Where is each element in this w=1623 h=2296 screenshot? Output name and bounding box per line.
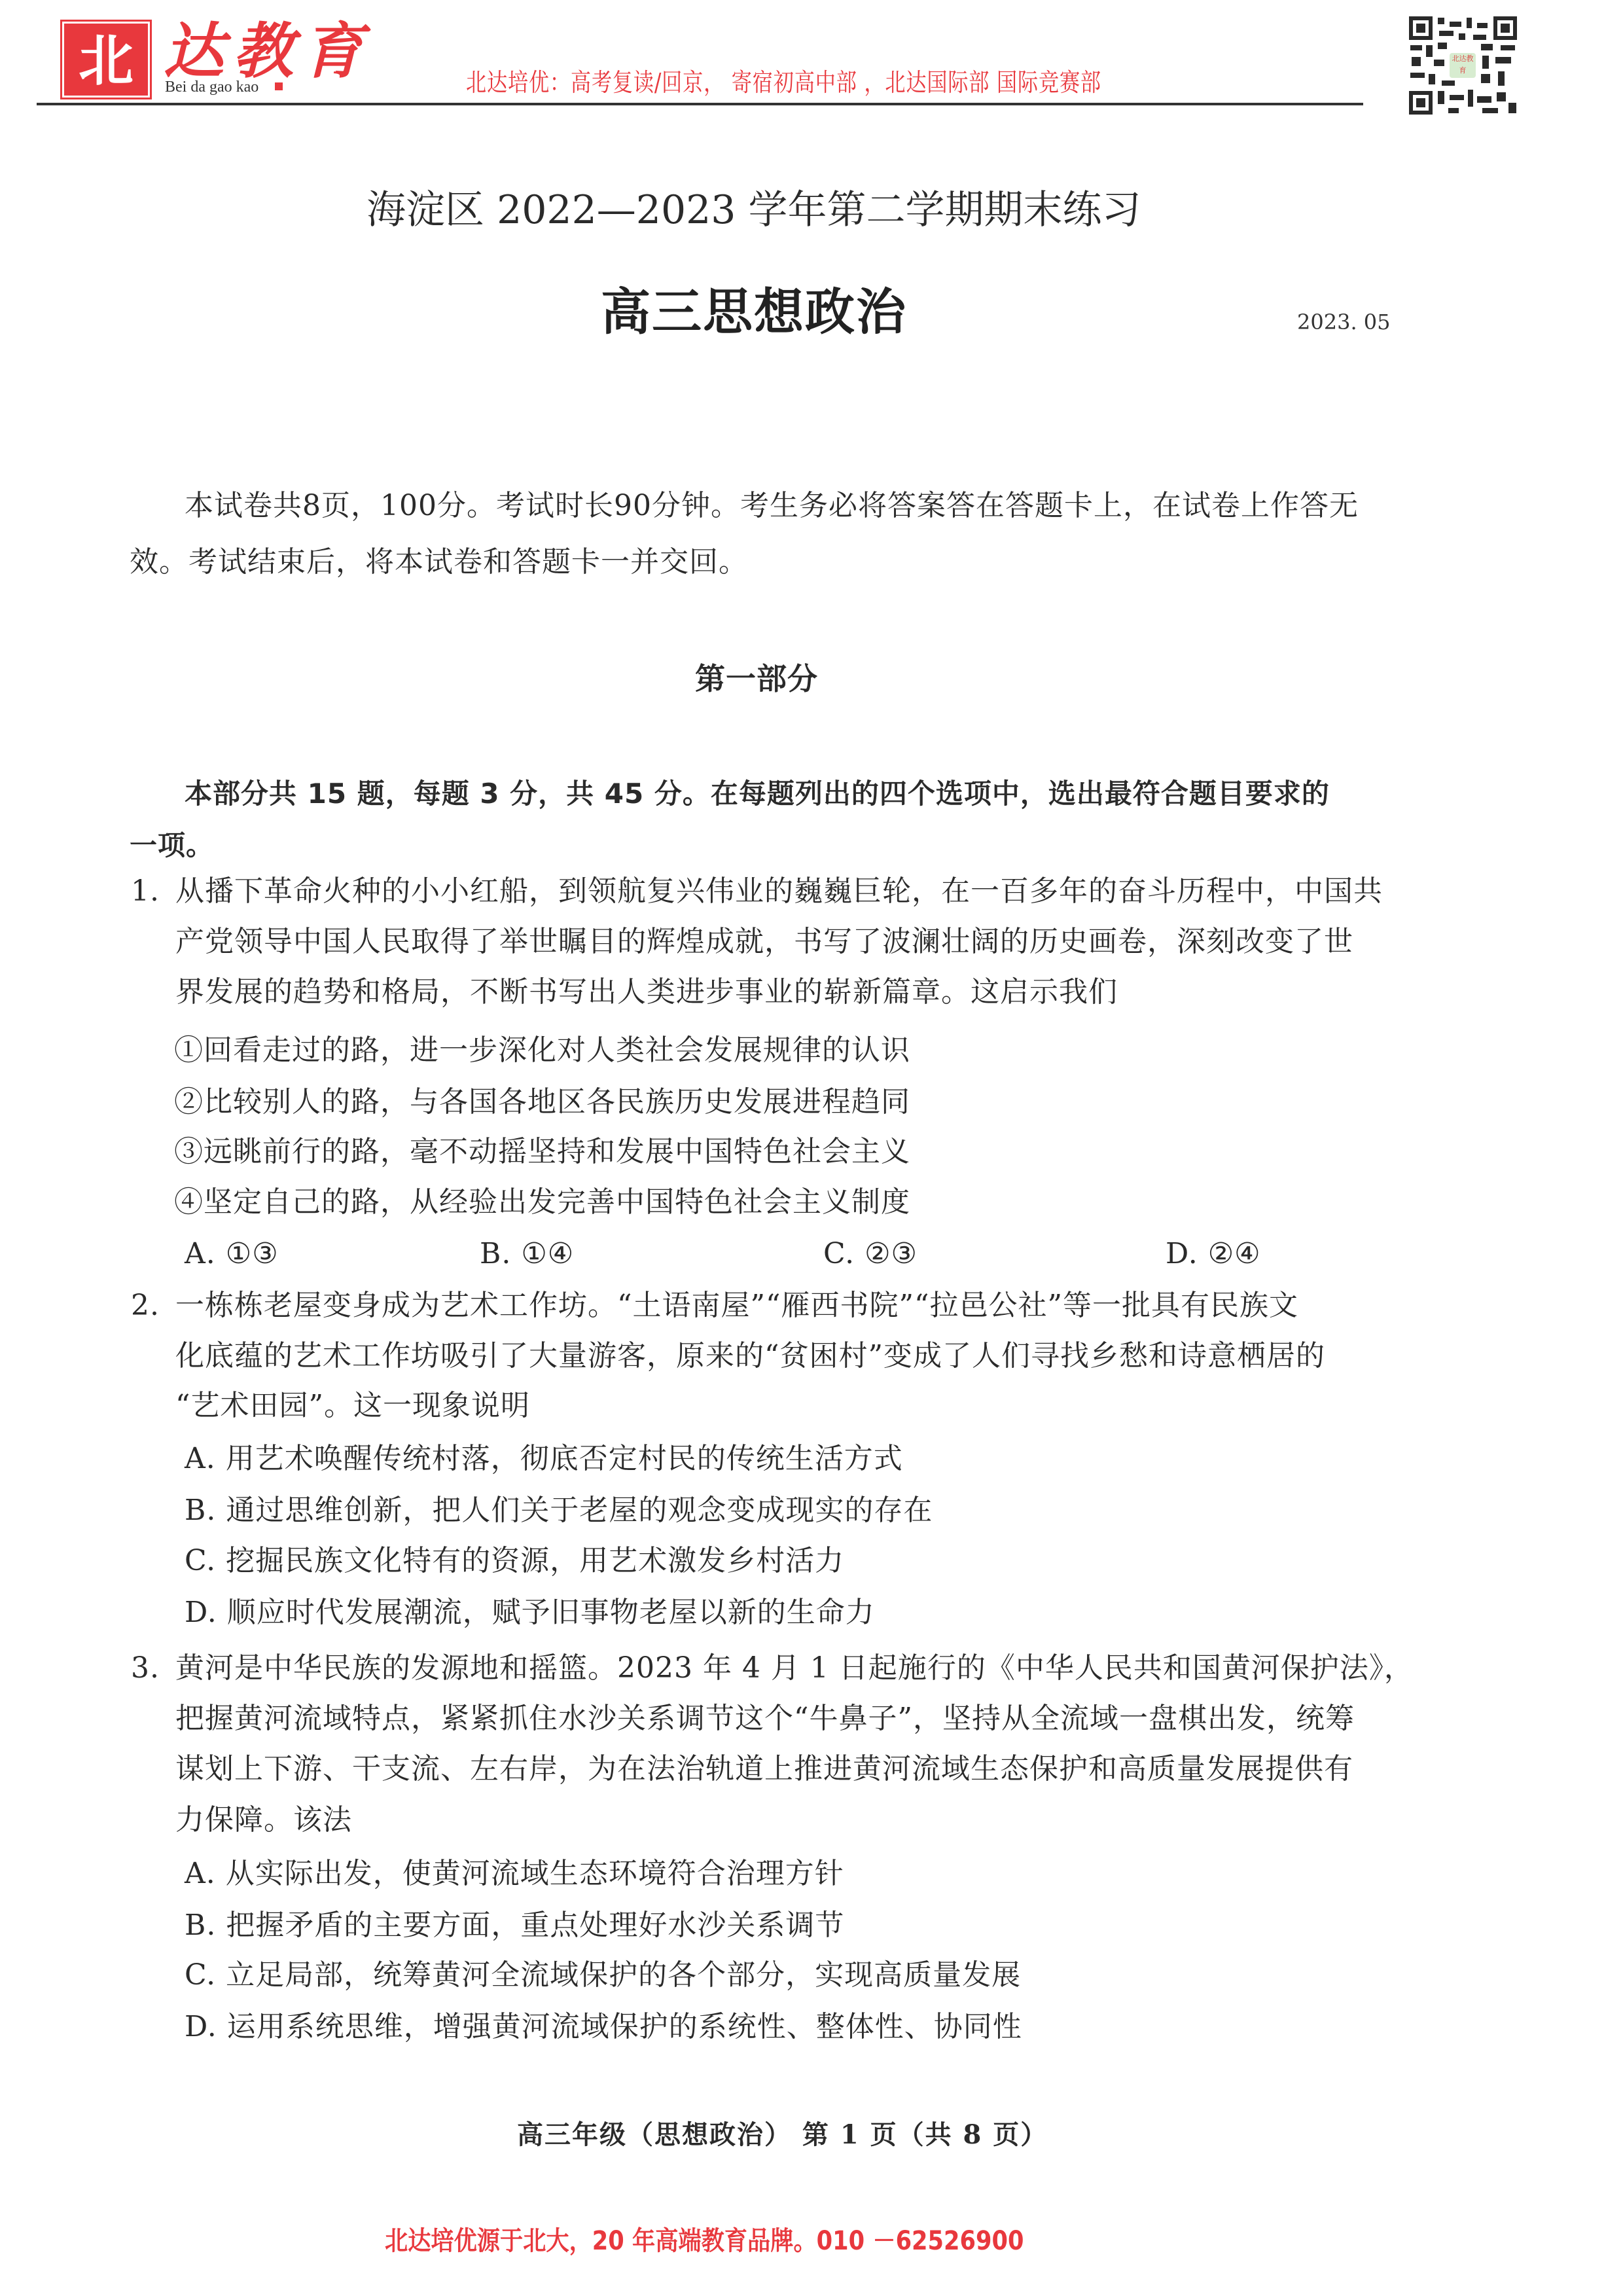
question-stem-line: 谋划上下游、干支流、左右岸，为在法治轨道上推进黄河流域生态保护和高质量发展提供有: [175, 1753, 1353, 1785]
intro-line-1: 本试卷共8页，100分。考试时长90分钟。考生务必将答案答在答题卡上，在试卷上作…: [185, 490, 1359, 522]
question-stem-line: 把握黄河流域特点，紧紧抓住水沙关系调节这个“牛鼻子”，坚持从全流域一盘棋出发，统…: [175, 1702, 1355, 1735]
option-label: C.: [185, 1958, 216, 1992]
option-label: B.: [480, 1237, 511, 1270]
question-stem-line: 一栋栋老屋变身成为艺术工作坊。“土语南屋”“雁西书院”“拉邑公社”等一批具有民族…: [175, 1289, 1298, 1322]
question-stem-line: “艺术田园”。这一现象说明: [175, 1390, 530, 1422]
exam-title: 高三思想政治: [601, 283, 907, 342]
logo-subtitle: Bei da gao kao: [165, 79, 259, 96]
option-d[interactable]: D. 顺应时代发展潮流，赋予旧事物老屋以新的生命力: [185, 1596, 875, 1629]
option-label: A.: [185, 1442, 216, 1475]
header-divider: [37, 103, 1363, 105]
logo-seal: 北: [64, 24, 148, 96]
header-slogan: 北达培优：高考复读/回京， 寄宿初高中部 ，北达国际部 国际竞赛部: [466, 65, 1101, 99]
qr-logo-badge: 北达教育: [1450, 53, 1476, 78]
option-d[interactable]: D. 运用系统思维，增强黄河流域保护的系统性、整体性、协同性: [185, 2011, 1022, 2043]
question-stem-line: 黄河是中华民族的发源地和摇篮。2023 年 4 月 1 日起施行的《中华人民共和…: [175, 1652, 1414, 1685]
qr-code-icon: 北达教育: [1409, 16, 1517, 115]
option-b[interactable]: B. 通过思维创新，把人们关于老屋的观念变成现实的存在: [185, 1494, 933, 1527]
option-a[interactable]: A. 用艺术唤醒传统村落，彻底否定村民的传统生活方式: [185, 1443, 903, 1475]
question-item: ②比较别人的路，与各国各地区各民族历史发展进程趋同: [174, 1086, 910, 1119]
option-label: D.: [1166, 1237, 1198, 1270]
question-number: 3.: [131, 1652, 160, 1685]
section-heading: 第一部分: [695, 662, 818, 695]
option-label: C.: [823, 1237, 855, 1270]
exam-subtitle: 海淀区 2022—2023 学年第二学期期末练习: [366, 187, 1141, 233]
question-item: ④坚定自己的路，从经验出发完善中国特色社会主义制度: [174, 1186, 910, 1219]
option-label: A.: [185, 1857, 216, 1890]
option-text: ②④: [1208, 1237, 1261, 1270]
option-text: 从实际出发，使黄河流域生态环境符合治理方针: [226, 1857, 844, 1890]
question-stem-line: 从播下革命火种的小小红船，到领航复兴伟业的巍巍巨轮，在一百多年的奋斗历程中，中国…: [175, 875, 1383, 908]
option-text: 挖掘民族文化特有的资源，用艺术激发乡村活力: [226, 1544, 844, 1577]
option-label: B.: [185, 1494, 216, 1527]
question-stem-line: 产党领导中国人民取得了举世瞩目的辉煌成就，书写了波澜壮阔的历史画卷，深刻改变了世: [175, 925, 1353, 958]
option-c[interactable]: C. 立足局部，统筹黄河全流域保护的各个部分，实现高质量发展: [185, 1959, 1021, 1992]
option-b[interactable]: B. 把握矛盾的主要方面，重点处理好水沙关系调节: [185, 1909, 844, 1942]
option-text: 把握矛盾的主要方面，重点处理好水沙关系调节: [226, 1909, 844, 1942]
question-item: ①回看走过的路，进一步深化对人类社会发展规律的认识: [174, 1034, 910, 1067]
option-text: ①③: [226, 1237, 279, 1270]
question-number: 1.: [131, 875, 160, 908]
option-a[interactable]: A. 从实际出发，使黄河流域生态环境符合治理方针: [185, 1857, 844, 1890]
question-stem-line: 界发展的趋势和格局，不断书写出人类进步事业的崭新篇章。这启示我们: [175, 976, 1118, 1009]
option-label: D.: [185, 2010, 217, 2043]
question-stem-line: 力保障。该法: [175, 1804, 352, 1837]
option-label: C.: [185, 1544, 216, 1577]
section-instruction-line-1: 本部分共 15 题，每题 3 分，共 45 分。在每题列出的四个选项中，选出最符…: [185, 778, 1330, 810]
question-stem-line: 化底蕴的艺术工作坊吸引了大量游客，原来的“贫困村”变成了人们寻找乡愁和诗意栖居的: [175, 1340, 1325, 1372]
option-c[interactable]: C. 挖掘民族文化特有的资源，用艺术激发乡村活力: [185, 1545, 844, 1577]
option-text: 顺应时代发展潮流，赋予旧事物老屋以新的生命力: [227, 1596, 875, 1629]
option-c[interactable]: C. ②③: [823, 1238, 918, 1270]
promo-footer: 北达培优源于北大，20 年高端教育品牌。010 －62526900: [385, 2225, 1024, 2257]
option-text: 用艺术唤醒传统村落，彻底否定村民的传统生活方式: [226, 1442, 903, 1475]
logo-brand: 达教育: [164, 18, 372, 84]
exam-date: 2023. 05: [1297, 309, 1391, 335]
option-text: 立足局部，统筹黄河全流域保护的各个部分，实现高质量发展: [226, 1958, 1021, 1992]
option-d[interactable]: D. ②④: [1166, 1238, 1261, 1270]
logo-seal-char: 北: [66, 28, 146, 94]
option-text: 通过思维创新，把人们关于老屋的观念变成现实的存在: [226, 1494, 933, 1527]
question-number: 2.: [131, 1289, 160, 1322]
option-text: ①④: [521, 1237, 574, 1270]
option-label: B.: [185, 1909, 216, 1942]
option-b[interactable]: B. ①④: [480, 1238, 574, 1270]
intro-line-2: 效。考试结束后，将本试卷和答题卡一并交回。: [130, 546, 748, 579]
option-label: A.: [185, 1237, 216, 1270]
logo-square-icon: [275, 82, 283, 90]
page-number-label: 高三年级（思想政治） 第 1 页（共 8 页）: [517, 2119, 1048, 2151]
option-label: D.: [185, 1596, 217, 1629]
option-a[interactable]: A. ①③: [185, 1238, 279, 1270]
option-text: ②③: [865, 1237, 918, 1270]
question-item: ③远眺前行的路，毫不动摇坚持和发展中国特色社会主义: [174, 1136, 910, 1168]
section-instruction-line-2: 一项。: [130, 829, 214, 862]
option-text: 运用系统思维，增强黄河流域保护的系统性、整体性、协同性: [227, 2010, 1022, 2043]
